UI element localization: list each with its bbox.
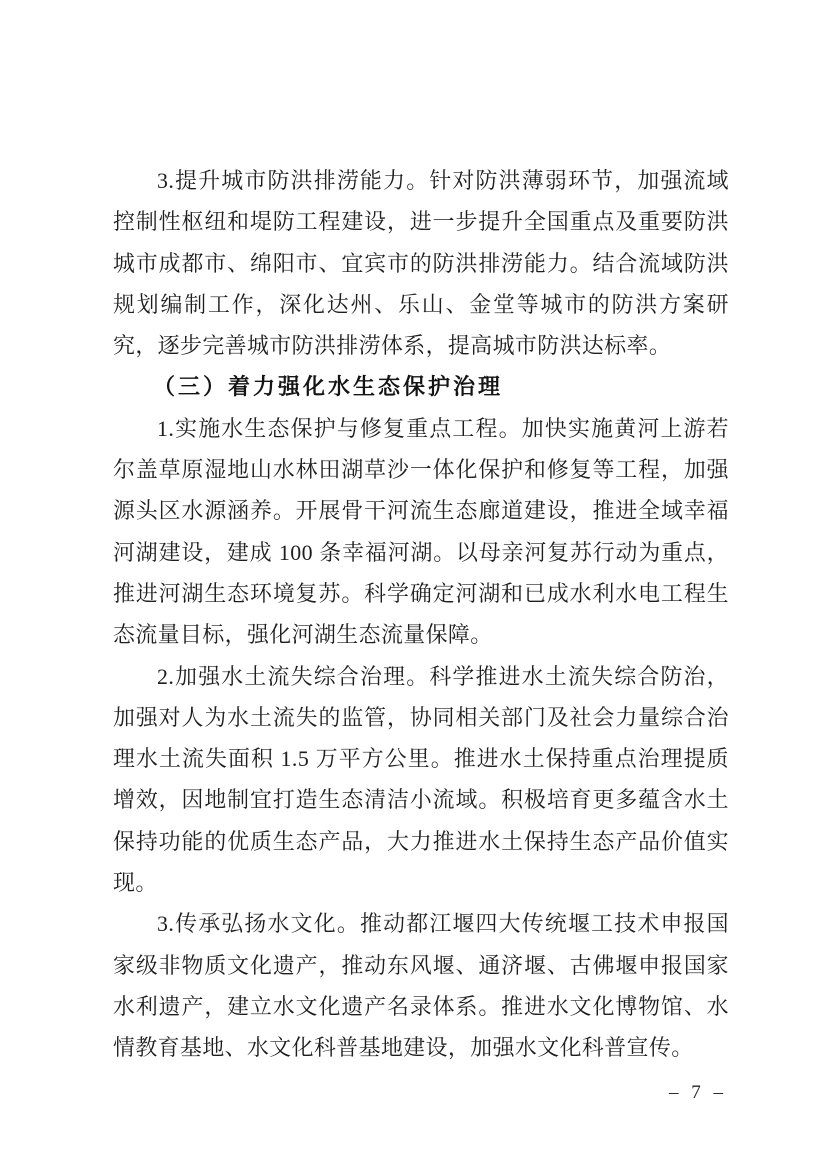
document-body: 3.提升城市防洪排涝能力。针对防洪薄弱环节，加强流域控制性枢纽和堤防工程建设，进… (113, 160, 729, 1069)
page-number: – 7 – (669, 1082, 727, 1104)
document-page: 3.提升城市防洪排涝能力。针对防洪薄弱环节，加强流域控制性枢纽和堤防工程建设，进… (0, 0, 826, 1169)
section-heading-water-ecology-protection: （三）着力强化水生态保护治理 (113, 366, 729, 407)
paragraph-urban-flood-control: 3.提升城市防洪排涝能力。针对防洪薄弱环节，加强流域控制性枢纽和堤防工程建设，进… (113, 160, 729, 366)
paragraph-water-culture: 3.传承弘扬水文化。推动都江堰四大传统堰工技术申报国家级非物质文化遗产，推动东风… (113, 903, 729, 1068)
paragraph-water-ecology-restoration: 1.实施水生态保护与修复重点工程。加快实施黄河上游若尔盖草原湿地山水林田湖草沙一… (113, 408, 729, 656)
paragraph-soil-erosion-control: 2.加强水土流失综合治理。科学推进水土流失综合防治，加强对人为水土流失的监管，协… (113, 656, 729, 904)
